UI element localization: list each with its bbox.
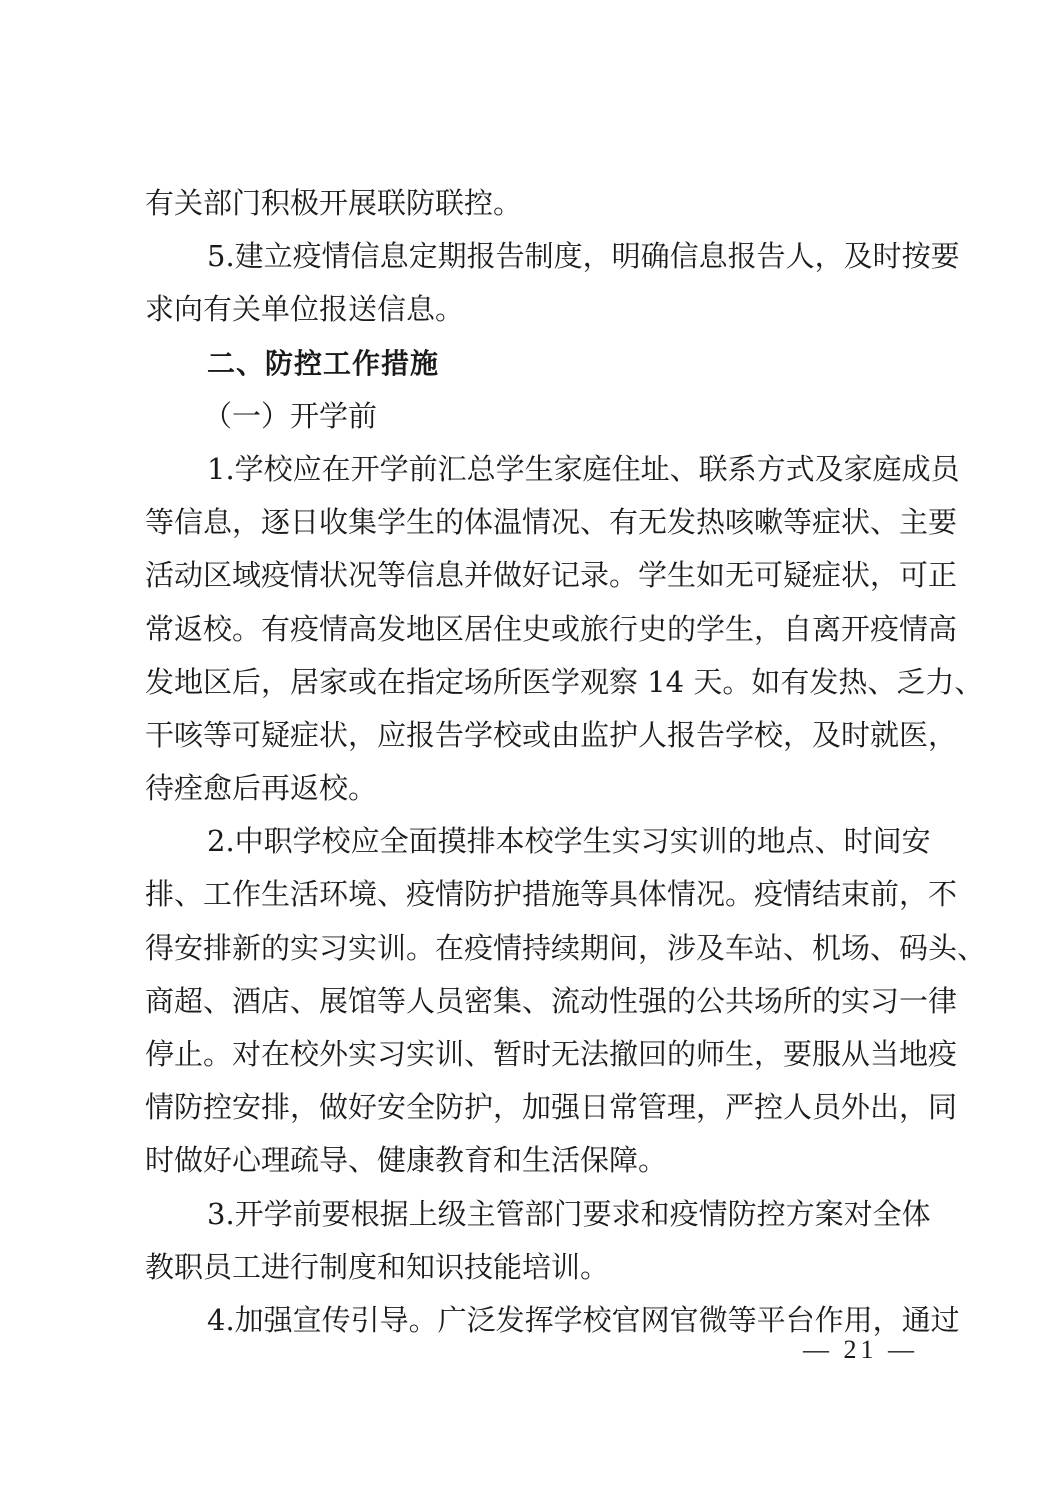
text-line: 待痊愈后再返校。 <box>145 762 920 815</box>
text-line: 2.中职学校应全面摸排本校学生实习实训的地点、时间安 <box>145 815 920 868</box>
text-line: 有关部门积极开展联防联控。 <box>145 177 920 230</box>
text-line: 停止。对在校外实习实训、暂时无法撤回的师生，要服从当地疫 <box>145 1028 920 1081</box>
text-line: 排、工作生活环境、疫情防护措施等具体情况。疫情结束前，不 <box>145 868 920 921</box>
text-line: 1.学校应在开学前汇总学生家庭住址、联系方式及家庭成员 <box>145 443 920 496</box>
text-line: 商超、酒店、展馆等人员密集、流动性强的公共场所的实习一律 <box>145 975 920 1028</box>
text-line: 常返校。有疫情高发地区居住史或旅行史的学生，自离开疫情高 <box>145 603 920 656</box>
subsection-heading: （一）开学前 <box>145 390 920 443</box>
text-line: 等信息，逐日收集学生的体温情况、有无发热咳嗽等症状、主要 <box>145 496 920 549</box>
text-line: 求向有关单位报送信息。 <box>145 283 920 336</box>
text-line: 活动区域疫情状况等信息并做好记录。学生如无可疑症状，可正 <box>145 549 920 602</box>
text-line: 发地区后，居家或在指定场所医学观察 14 天。如有发热、乏力、 <box>145 656 920 709</box>
page-number: — 21 — <box>803 1335 918 1365</box>
text-line: 时做好心理疏导、健康教育和生活保障。 <box>145 1134 920 1187</box>
text-line: 3.开学前要根据上级主管部门要求和疫情防控方案对全体 <box>145 1188 920 1241</box>
section-heading: 二、防控工作措施 <box>145 337 920 390</box>
document-body: 有关部门积极开展联防联控。 5.建立疫情信息定期报告制度，明确信息报告人，及时按… <box>145 177 920 1347</box>
text-line: 教职员工进行制度和知识技能培训。 <box>145 1241 920 1294</box>
text-line: 得安排新的实习实训。在疫情持续期间，涉及车站、机场、码头、 <box>145 922 920 975</box>
text-line: 干咳等可疑症状，应报告学校或由监护人报告学校，及时就医， <box>145 709 920 762</box>
text-line: 5.建立疫情信息定期报告制度，明确信息报告人，及时按要 <box>145 230 920 283</box>
text-line: 情防控安排，做好安全防护，加强日常管理，严控人员外出，同 <box>145 1081 920 1134</box>
